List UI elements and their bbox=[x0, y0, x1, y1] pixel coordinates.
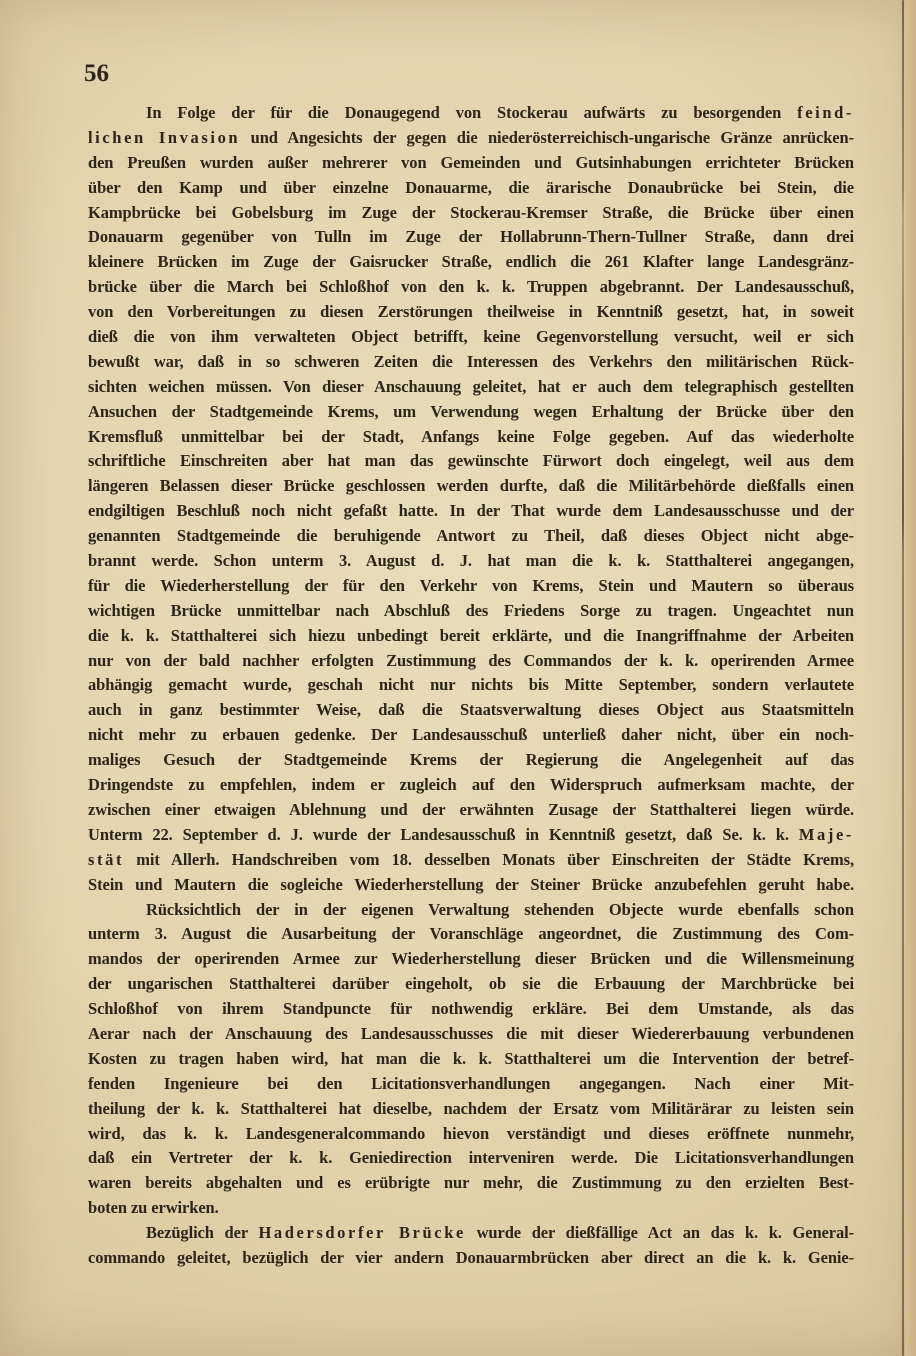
text-line: Unterm 22. September d. J. wurde der Lan… bbox=[88, 823, 854, 848]
body-text: genannten Stadtgemeinde die beruhigende … bbox=[88, 526, 854, 545]
body-text: Aerar nach der Anschauung des Landesauss… bbox=[88, 1024, 854, 1043]
body-text: Rücksichtlich der in der eigenen Verwalt… bbox=[146, 900, 854, 919]
text-line: längeren Belassen dieser Brücke geschlos… bbox=[88, 474, 854, 499]
body-text: Kampbrücke bei Gobelsburg im Zuge der St… bbox=[88, 203, 854, 222]
text-line: maliges Gesuch der Stadtgemeinde Krems d… bbox=[88, 748, 854, 773]
body-text: Stein und Mautern die sogleiche Wiederhe… bbox=[88, 875, 854, 894]
letterspaced-emphasis-text: Hadersdorfer Brücke bbox=[258, 1223, 465, 1242]
body-text: auch in ganz bestimmter Weise, daß die S… bbox=[88, 700, 854, 719]
text-line: nicht mehr zu erbauen gedenke. Der Lande… bbox=[88, 723, 854, 748]
letterspaced-emphasis-text: feind- bbox=[797, 103, 854, 122]
text-line: wird, das k. k. Landesgeneralcommando hi… bbox=[88, 1122, 854, 1147]
body-text: der ungarischen Statthalterei darüber ei… bbox=[88, 974, 854, 993]
text-line: waren bereits abgehalten und es erübrigt… bbox=[88, 1171, 854, 1196]
body-text: wichtigen Brücke unmittelbar nach Abschl… bbox=[88, 601, 854, 620]
text-line: schriftliche Einschreiten aber hat man d… bbox=[88, 449, 854, 474]
text-line: brannt werde. Schon unterm 3. August d. … bbox=[88, 549, 854, 574]
text-line: Kampbrücke bei Gobelsburg im Zuge der St… bbox=[88, 201, 854, 226]
body-text: Schloßhof von ihrem Standpuncte für noth… bbox=[88, 999, 854, 1018]
text-line: daß ein Vertreter der k. k. Geniedirecti… bbox=[88, 1146, 854, 1171]
body-text: brannt werde. Schon unterm 3. August d. … bbox=[88, 551, 854, 570]
text-line: zwischen einer etwaigen Ablehnung und de… bbox=[88, 798, 854, 823]
body-text: fenden Ingenieure bei den Licitationsver… bbox=[88, 1074, 854, 1093]
letterspaced-emphasis-text: Maje- bbox=[799, 825, 854, 844]
page-edge-strip bbox=[905, 0, 916, 1356]
text-line: der ungarischen Statthalterei darüber ei… bbox=[88, 972, 854, 997]
text-line: für die Wiederherstellung der für den Ve… bbox=[88, 574, 854, 599]
body-text: schriftliche Einschreiten aber hat man d… bbox=[88, 451, 854, 470]
body-text: mandos der operirenden Armee zur Wiederh… bbox=[88, 949, 854, 968]
text-line: theilung der k. k. Statthalterei hat die… bbox=[88, 1097, 854, 1122]
body-text: Dringendste zu empfehlen, indem er zugle… bbox=[88, 775, 854, 794]
text-line: unterm 3. August die Ausarbeitung der Vo… bbox=[88, 922, 854, 947]
page-number: 56 bbox=[84, 60, 109, 88]
body-text: nur von der bald nachher erfolgten Zusti… bbox=[88, 651, 854, 670]
body-text: für die Wiederherstellung der für den Ve… bbox=[88, 576, 854, 595]
body-text: Unterm 22. September d. J. wurde der Lan… bbox=[88, 825, 799, 844]
text-line: kleinere Brücken im Zuge der Gaisrucker … bbox=[88, 250, 854, 275]
text-line: dieß die von ihm verwalteten Object betr… bbox=[88, 325, 854, 350]
body-text: waren bereits abgehalten und es erübrigt… bbox=[88, 1173, 854, 1192]
text-line: sichten weichen müssen. Von dieser Ansch… bbox=[88, 375, 854, 400]
text-line: endgiltigen Beschluß noch nicht gefaßt h… bbox=[88, 499, 854, 524]
body-text: daß ein Vertreter der k. k. Geniedirecti… bbox=[88, 1148, 854, 1167]
body-text: längeren Belassen dieser Brücke geschlos… bbox=[88, 476, 854, 495]
text-line: Donauarm gegenüber von Tulln im Zuge der… bbox=[88, 225, 854, 250]
letterspaced-emphasis-text: lichen Invasion bbox=[88, 128, 240, 147]
body-text: die k. k. Statthalterei sich hiezu unbed… bbox=[88, 626, 854, 645]
text-line: mandos der operirenden Armee zur Wiederh… bbox=[88, 947, 854, 972]
body-text: wird, das k. k. Landesgeneralcommando hi… bbox=[88, 1124, 854, 1143]
paper-background: 56 In Folge der für die Donaugegend von … bbox=[0, 0, 916, 1356]
text-line: Aerar nach der Anschauung des Landesauss… bbox=[88, 1022, 854, 1047]
text-line: auch in ganz bestimmter Weise, daß die S… bbox=[88, 698, 854, 723]
body-text: Kremsfluß unmittelbar bei der Stadt, Anf… bbox=[88, 427, 854, 446]
text-line: brücke über die March bei Schloßhof von … bbox=[88, 275, 854, 300]
page-edge-shadow-line bbox=[902, 0, 904, 1356]
book-page-scan: { "document": { "page_number": "56", "co… bbox=[0, 0, 916, 1356]
text-line: genannten Stadtgemeinde die beruhigende … bbox=[88, 524, 854, 549]
body-text: Bezüglich der bbox=[146, 1223, 258, 1242]
body-text: von den Vorbereitungen zu diesen Zerstör… bbox=[88, 302, 854, 321]
text-line: bewußt war, daß in so schweren Zeiten di… bbox=[88, 350, 854, 375]
body-text: unterm 3. August die Ausarbeitung der Vo… bbox=[88, 924, 854, 943]
body-text: endgiltigen Beschluß noch nicht gefaßt h… bbox=[88, 501, 854, 520]
text-line: den Preußen wurden außer mehrerer von Ge… bbox=[88, 151, 854, 176]
text-line: Ansuchen der Stadtgemeinde Krems, um Ver… bbox=[88, 400, 854, 425]
text-line: die k. k. Statthalterei sich hiezu unbed… bbox=[88, 624, 854, 649]
letterspaced-emphasis-text: stät bbox=[88, 850, 124, 869]
text-line: wichtigen Brücke unmittelbar nach Abschl… bbox=[88, 599, 854, 624]
text-line: über den Kamp und über einzelne Donauarm… bbox=[88, 176, 854, 201]
body-text: boten zu erwirken. bbox=[88, 1198, 219, 1217]
body-text: Ansuchen der Stadtgemeinde Krems, um Ver… bbox=[88, 402, 854, 421]
text-line: nur von der bald nachher erfolgten Zusti… bbox=[88, 649, 854, 674]
text-line: fenden Ingenieure bei den Licitationsver… bbox=[88, 1072, 854, 1097]
body-text: dieß die von ihm verwalteten Object betr… bbox=[88, 327, 854, 346]
text-line: Schloßhof von ihrem Standpuncte für noth… bbox=[88, 997, 854, 1022]
body-text: theilung der k. k. Statthalterei hat die… bbox=[88, 1099, 854, 1118]
body-text: brücke über die March bei Schloßhof von … bbox=[88, 277, 854, 296]
text-line: Stein und Mautern die sogleiche Wiederhe… bbox=[88, 873, 854, 898]
body-text: den Preußen wurden außer mehrerer von Ge… bbox=[88, 153, 854, 172]
body-text: maliges Gesuch der Stadtgemeinde Krems d… bbox=[88, 750, 854, 769]
body-text: commando geleitet, bezüglich der vier an… bbox=[88, 1248, 854, 1267]
text-line: Rücksichtlich der in der eigenen Verwalt… bbox=[88, 898, 854, 923]
body-text: zwischen einer etwaigen Ablehnung und de… bbox=[88, 800, 854, 819]
body-text: bewußt war, daß in so schweren Zeiten di… bbox=[88, 352, 854, 371]
text-line: Bezüglich der Hadersdorfer Brücke wurde … bbox=[88, 1221, 854, 1246]
body-text: und Angesichts der gegen die niederöster… bbox=[240, 128, 854, 147]
text-line: Kosten zu tragen haben wird, hat man die… bbox=[88, 1047, 854, 1072]
body-text: In Folge der für die Donaugegend von Sto… bbox=[146, 103, 797, 122]
body-text: Donauarm gegenüber von Tulln im Zuge der… bbox=[88, 227, 854, 246]
body-text: kleinere Brücken im Zuge der Gaisrucker … bbox=[88, 252, 854, 271]
text-line: stät mit Allerh. Handschreiben vom 18. d… bbox=[88, 848, 854, 873]
text-line: lichen Invasion und Angesichts der gegen… bbox=[88, 126, 854, 151]
text-line: von den Vorbereitungen zu diesen Zerstör… bbox=[88, 300, 854, 325]
text-line: Dringendste zu empfehlen, indem er zugle… bbox=[88, 773, 854, 798]
text-line: abhängig gemacht wurde, geschah nicht nu… bbox=[88, 673, 854, 698]
body-text: über den Kamp und über einzelne Donauarm… bbox=[88, 178, 854, 197]
text-block: In Folge der für die Donaugegend von Sto… bbox=[88, 101, 854, 1271]
body-text: wurde der dießfällige Act an das k. k. G… bbox=[466, 1223, 854, 1242]
body-text: abhängig gemacht wurde, geschah nicht nu… bbox=[88, 675, 854, 694]
body-text: Kosten zu tragen haben wird, hat man die… bbox=[88, 1049, 854, 1068]
body-text: nicht mehr zu erbauen gedenke. Der Lande… bbox=[88, 725, 854, 744]
body-text: sichten weichen müssen. Von dieser Ansch… bbox=[88, 377, 854, 396]
text-line: boten zu erwirken. bbox=[88, 1196, 854, 1221]
text-line: In Folge der für die Donaugegend von Sto… bbox=[88, 101, 854, 126]
text-line: Kremsfluß unmittelbar bei der Stadt, Anf… bbox=[88, 425, 854, 450]
text-line: commando geleitet, bezüglich der vier an… bbox=[88, 1246, 854, 1271]
body-text: mit Allerh. Handschreiben vom 18. dessel… bbox=[124, 850, 854, 869]
